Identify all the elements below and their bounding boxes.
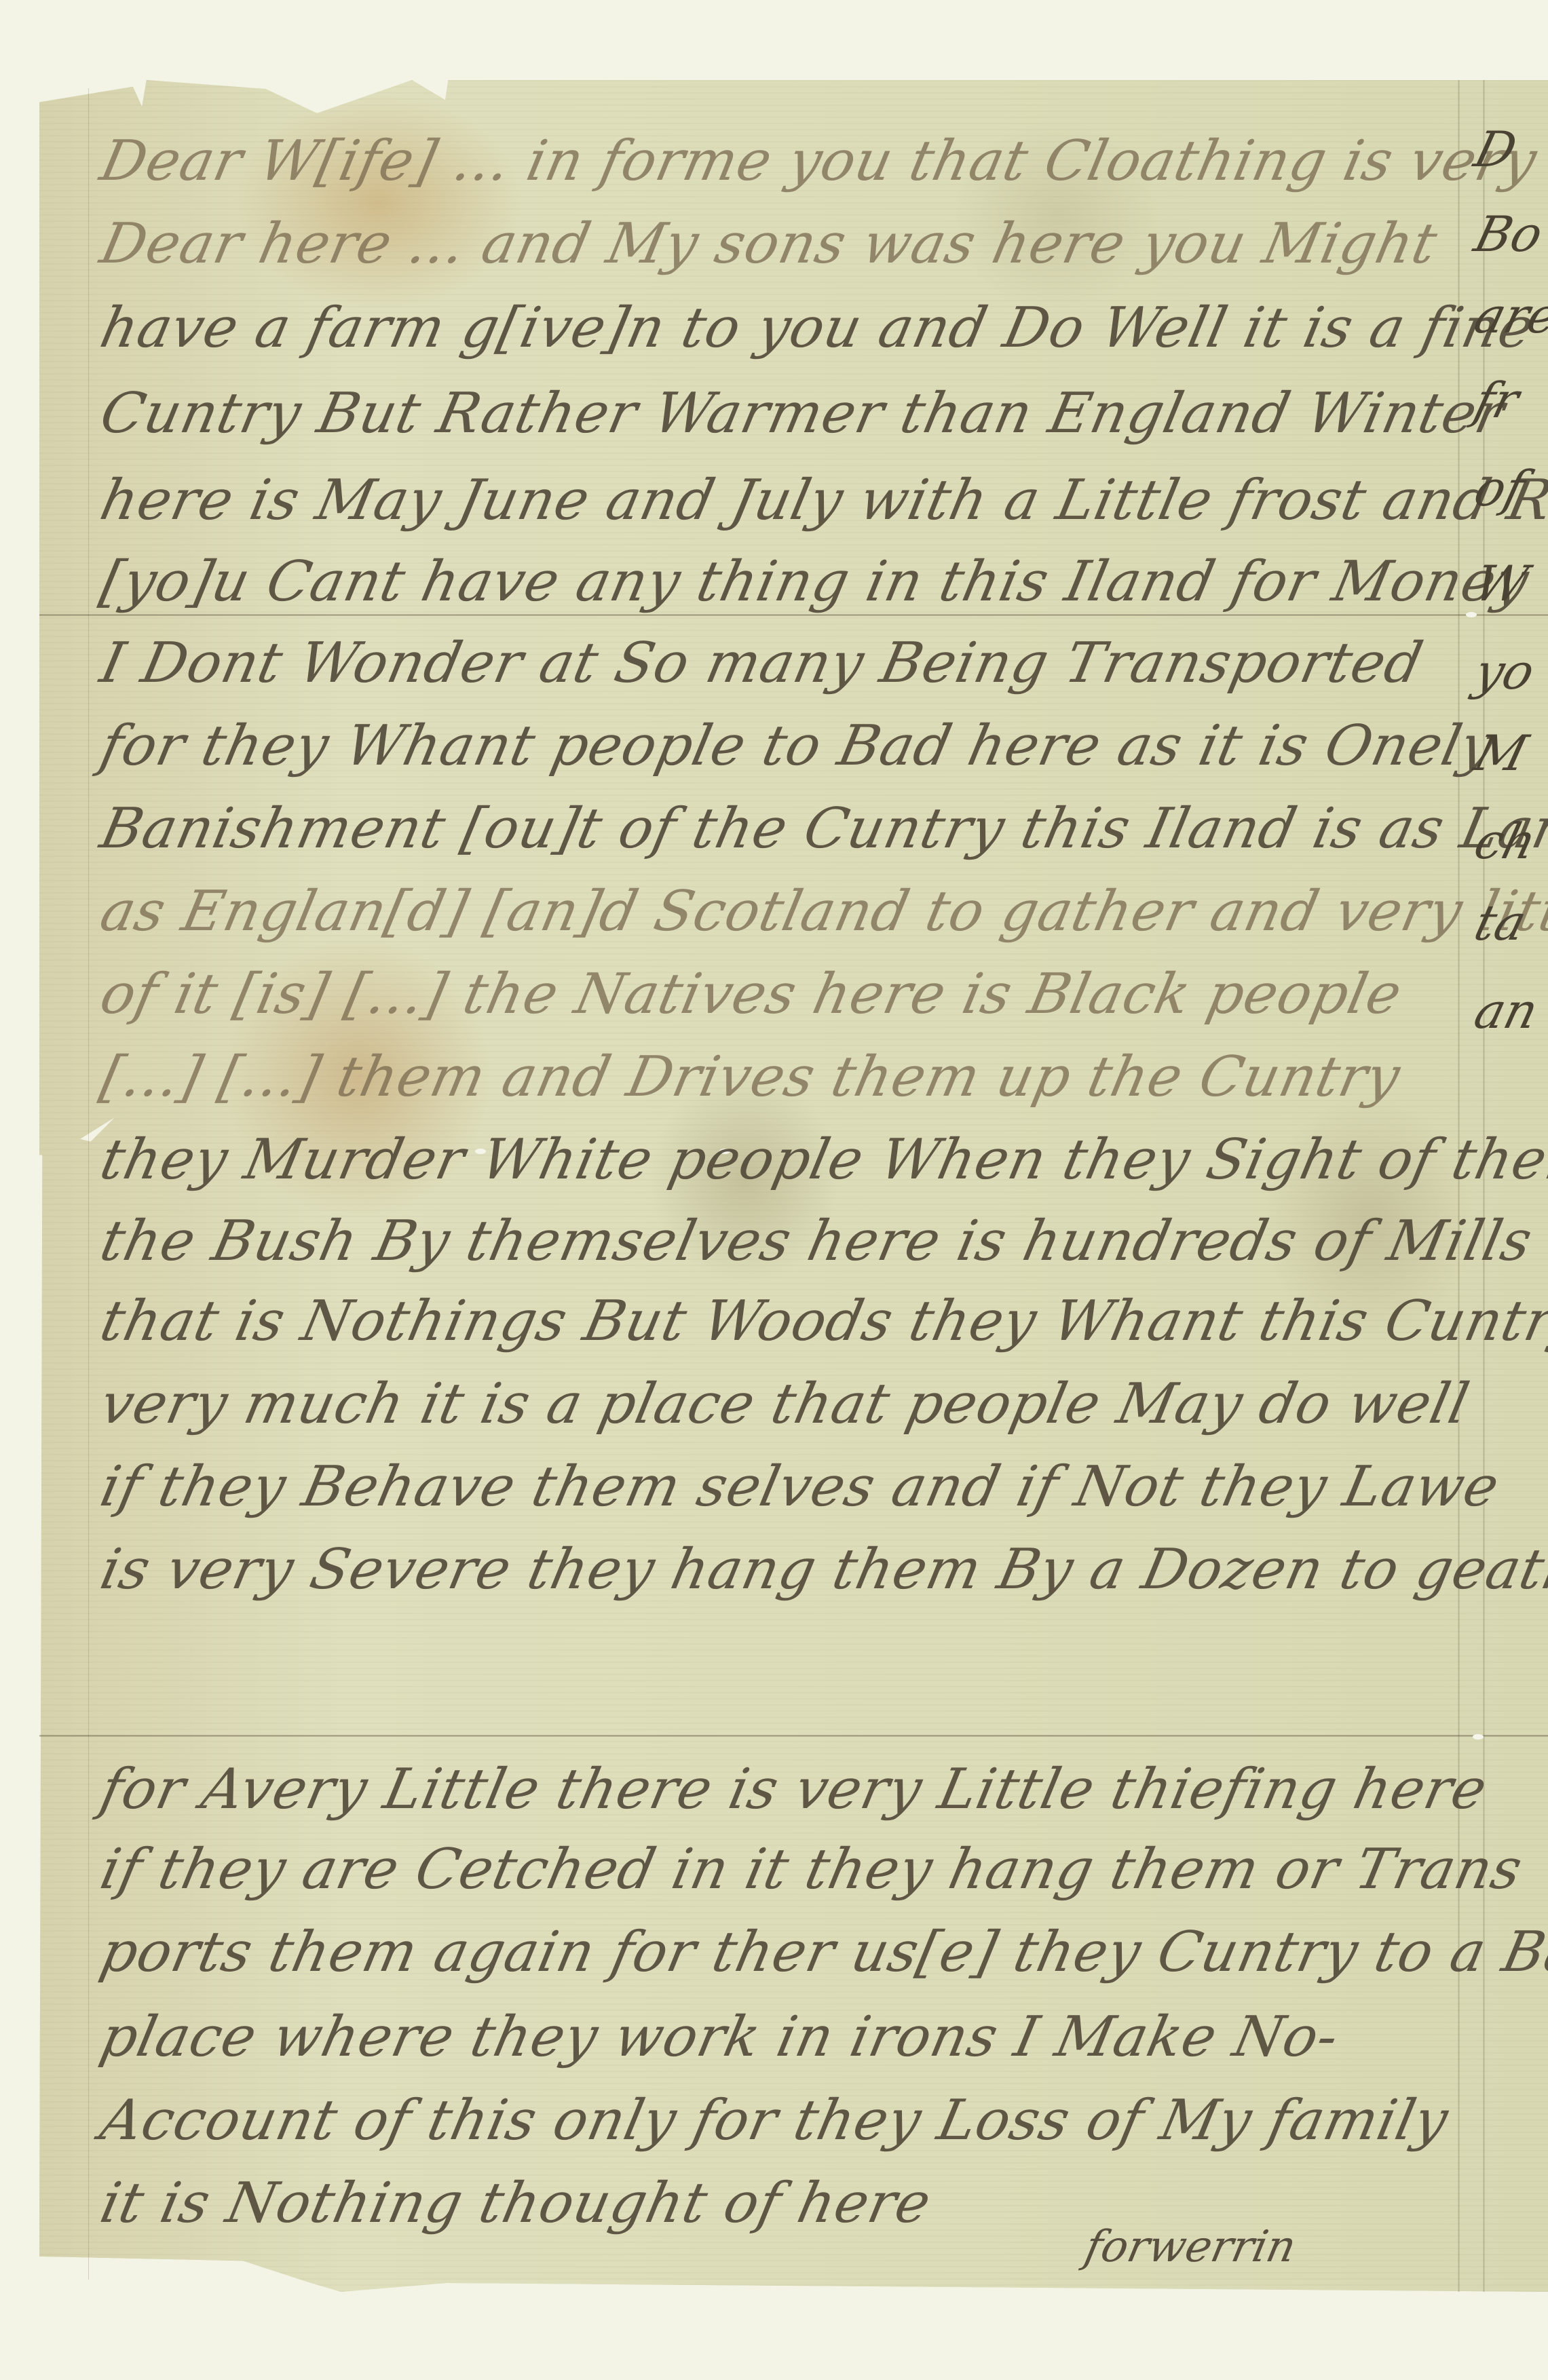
letter-line: place where they work in irons I Make No… bbox=[95, 2005, 1344, 2069]
letter-line: [yo]u Cant have any thing in this Iland … bbox=[95, 550, 1534, 614]
pin-hole bbox=[1473, 1734, 1484, 1740]
letter-line: here is May June and July with a Little … bbox=[95, 468, 1548, 533]
letter-line: as Englan[d] [an]d Scotland to gather an… bbox=[95, 879, 1548, 944]
adjacent-fragment: an bbox=[1469, 982, 1544, 1039]
letter-line: Account of this only for they Loss of My… bbox=[95, 2088, 1454, 2153]
closing-word: forwerrin bbox=[1080, 2222, 1300, 2272]
adjacent-fragment: ta bbox=[1469, 894, 1532, 951]
letter-line: I Dont Wonder at So many Being Transport… bbox=[95, 631, 1429, 695]
letter-line: Cuntry But Rather Warmer than England Wi… bbox=[95, 381, 1511, 446]
adjacent-fragment: are bbox=[1469, 287, 1548, 344]
letter-line: of it [is] [...] the Natives here is Bla… bbox=[95, 962, 1408, 1026]
adjacent-page-edge: D Bo are fr of W yo M ch ta an bbox=[1469, 80, 1548, 1138]
letter-line: it is Nothing thought of here bbox=[95, 2171, 937, 2235]
adjacent-fragment: ch bbox=[1469, 813, 1543, 870]
letter-line: for they Whant people to Bad here as it … bbox=[95, 714, 1500, 778]
adjacent-fragment: Bo bbox=[1469, 206, 1548, 263]
adjacent-fragment: D bbox=[1469, 121, 1523, 178]
letter-line: ports them again for ther us[e] they Cun… bbox=[95, 1920, 1548, 1984]
letter-line: if they Behave them selves and if Not th… bbox=[95, 1455, 1505, 1519]
letter-line: very much it is a place that people May … bbox=[95, 1372, 1475, 1436]
fold-crease-lower bbox=[39, 1735, 1548, 1737]
letter-line: for Avery Little there is very Little th… bbox=[95, 1757, 1493, 1822]
adjacent-fragment: W bbox=[1469, 555, 1534, 612]
adjacent-fragment: M bbox=[1469, 725, 1534, 782]
letter-line: Dear W[ife] ... in forme you that Cloath… bbox=[95, 129, 1543, 193]
adjacent-fragment: of bbox=[1469, 460, 1531, 517]
letter-line: have a farm g[ive]n to you and Do Well i… bbox=[95, 296, 1540, 360]
letter-line: they Murder White people When they Sight… bbox=[95, 1128, 1548, 1192]
letter-line: Banishment [ou]t of the Cuntry this Ilan… bbox=[95, 796, 1548, 861]
adjacent-fragment: fr bbox=[1469, 372, 1525, 429]
adjacent-fragment: yo bbox=[1469, 643, 1541, 700]
margin-rule bbox=[88, 88, 89, 2280]
letter-line: [...] [...] them and Drives them up the … bbox=[95, 1045, 1406, 1109]
letter-line: if they are Cetched in it they hang them… bbox=[95, 1837, 1528, 1902]
letter-line: is very Severe they hang them By a Dozen… bbox=[95, 1537, 1548, 1602]
fold-crease-upper bbox=[39, 614, 1548, 616]
letter-line: Dear here ... and My sons was here you M… bbox=[95, 212, 1443, 276]
letter-line: that is Nothings But Woods they Whant th… bbox=[95, 1289, 1548, 1354]
letter-line: the Bush By themselves here is hundreds … bbox=[95, 1209, 1548, 1273]
